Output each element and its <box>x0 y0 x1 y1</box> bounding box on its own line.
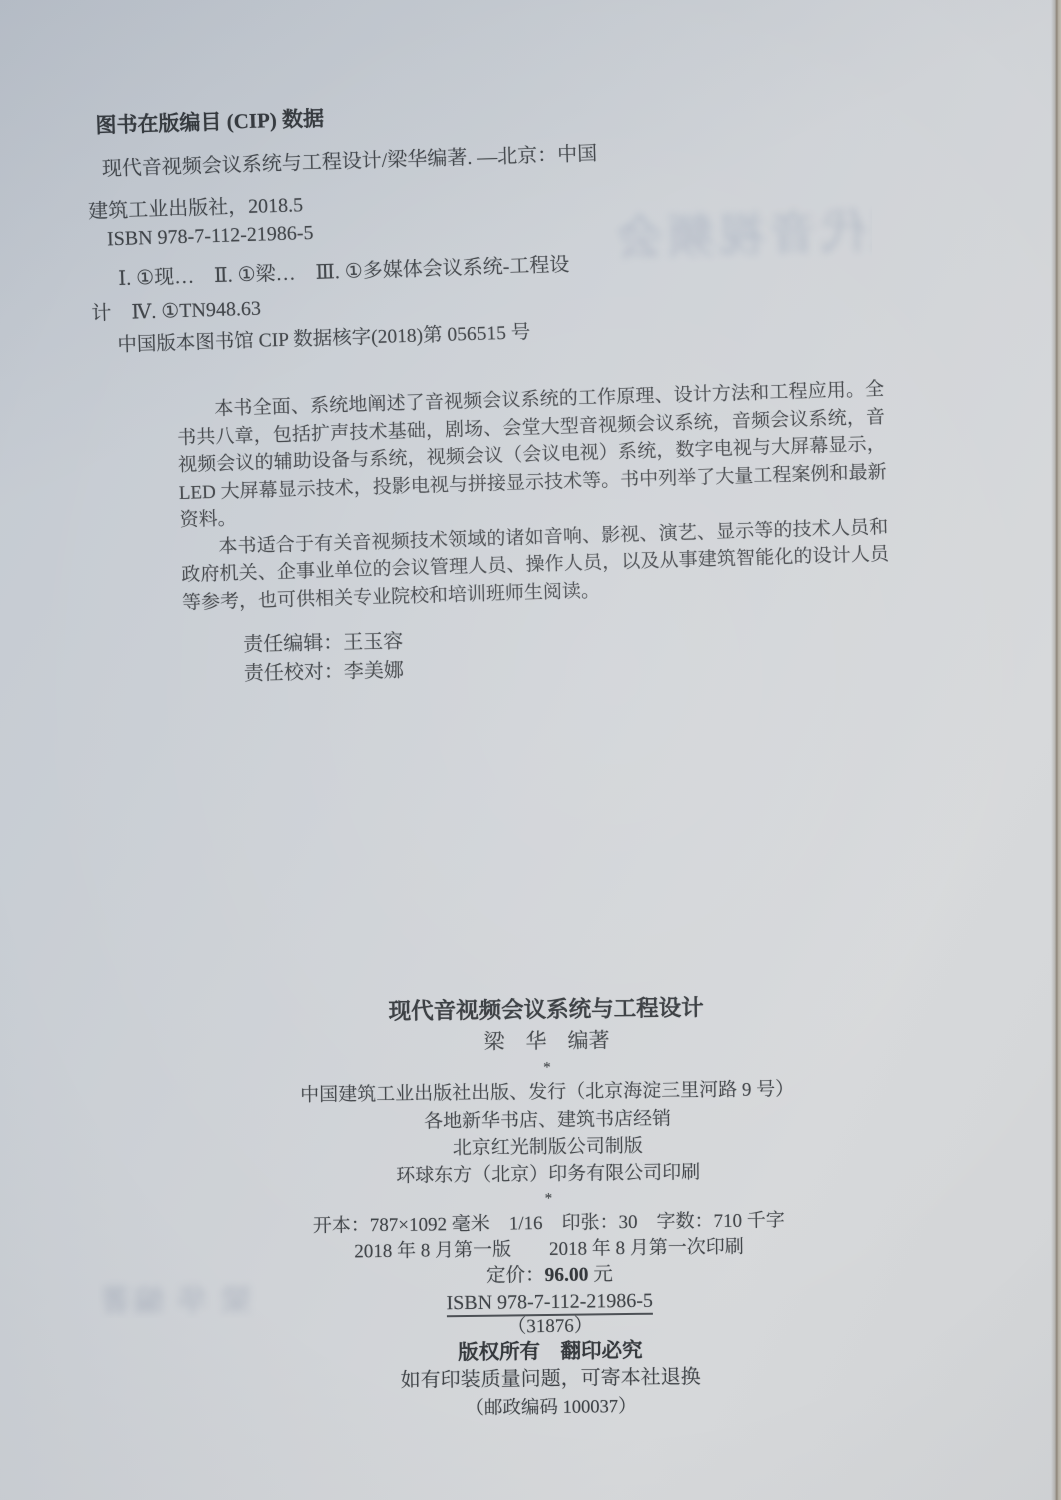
bleed-through-title: 现代音视频会 <box>612 198 872 266</box>
responsible-proofreader: 责任校对：李美娜 <box>244 657 405 689</box>
staff-block: 责任编辑：王玉容 责任校对：李美娜 <box>243 628 404 689</box>
book-abstract: 本书全面、系统地阐述了音视频会议系统的工作原理、设计方法和工程应用。全书共八章，… <box>176 376 890 617</box>
cip-isbn: ISBN 978-7-112-21986-5 <box>107 222 314 251</box>
colophon-block: 现代音视频会议系统与工程设计 梁 华 编著 * 中国建筑工业出版社出版、发行（北… <box>30 989 1061 1431</box>
cip-citation-line-2: 建筑工业出版社，2018.5 <box>88 188 304 224</box>
abstract-paragraph-1: 本书全面、系统地阐述了音视频会议系统的工作原理、设计方法和工程应用。全书共八章，… <box>176 376 888 534</box>
price-label: 定价： <box>486 1265 545 1287</box>
price-value: 96.00 <box>544 1265 588 1287</box>
book-copyright-page: 现代音视频会 梁 华 编著 图书在版编目 (CIP) 数据 现代音视频会议系统与… <box>0 0 1061 1500</box>
cip-header: 图书在版编目 (CIP) 数据 <box>95 103 324 140</box>
cip-block: 图书在版编目 (CIP) 数据 现代音视频会议系统与工程设计/梁华编著. —北京… <box>85 91 685 110</box>
price-unit: 元 <box>588 1264 613 1285</box>
responsible-editor: 责任编辑：王玉容 <box>243 628 404 660</box>
cip-citation-line-1: 现代音视频会议系统与工程设计/梁华编著. —北京：中国 <box>101 137 597 182</box>
cip-classification-line-1: Ⅰ. ①现… Ⅱ. ①梁… Ⅲ. ①多媒体会议系统-工程设 <box>118 248 570 291</box>
cip-classification-line-2: 计 Ⅳ. ①TN948.63 <box>91 292 261 326</box>
